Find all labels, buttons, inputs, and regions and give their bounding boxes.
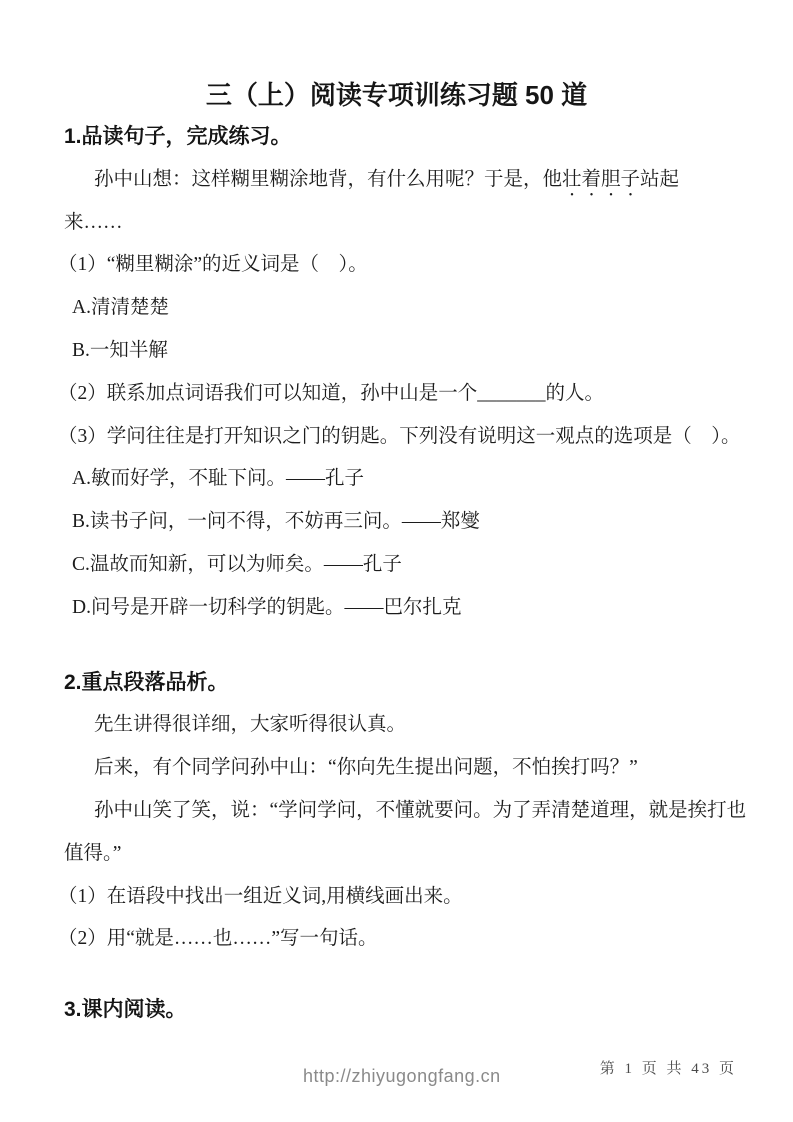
question-2-sub-2: （2）用“就是……也……”写一句话。 [58,918,763,961]
footer-url: http://zhiyugongfang.cn [303,1066,501,1087]
question-1-sub-3-option-a: A.敏而好学，不耻下问。——孔子 [64,458,763,501]
question-1-sub-3-option-c: C.温故而知新，可以为师矣。——孔子 [64,544,763,587]
passage-text-pre: 孙中山想：这样糊里糊涂地背，有什么用呢？于是，他 [94,169,562,190]
question-1-heading: 1.品读句子，完成练习。 [64,116,763,159]
question-2-paragraph-2: 后来，有个同学问孙中山：“你向先生提出问题，不怕挨打吗？” [64,747,763,790]
question-2-paragraph-3-line-1: 孙中山笑了笑，说：“学问学问，不懂就要问。为了弄清楚道理，就是挨打也 [64,790,763,833]
document-body: 1.品读句子，完成练习。 孙中山想：这样糊里糊涂地背，有什么用呢？于是，他壮着胆… [0,116,793,1032]
footer-page-number: 第 1 页 共 43 页 [600,1057,737,1078]
question-2-heading: 2.重点段落品析。 [64,662,763,705]
question-1-sub-1-option-a: A.清清楚楚 [64,287,763,330]
passage-text-post: 站起 [640,169,679,190]
question-1-passage-line-1: 孙中山想：这样糊里糊涂地背，有什么用呢？于是，他壮着胆子站起 [64,159,763,202]
question-3-heading: 3.课内阅读。 [64,989,763,1032]
passage-text-emphasized: 壮着胆子 [562,169,640,190]
page-title: 三（上）阅读专项训练习题 50 道 [0,0,793,116]
question-2-sub-1: （1）在语段中找出一组近义词,用横线画出来。 [58,876,763,919]
question-1-sub-2: （2）联系加点词语我们可以知道，孙中山是一个_______的人。 [58,373,763,416]
document-page: 三（上）阅读专项训练习题 50 道 1.品读句子，完成练习。 孙中山想：这样糊里… [0,0,793,1122]
question-1-passage-line-2: 来…… [64,202,763,245]
question-1-sub-1-option-b: B.一知半解 [64,330,763,373]
question-2-paragraph-1: 先生讲得很详细，大家听得很认真。 [64,704,763,747]
question-1-sub-1: （1）“糊里糊涂”的近义词是（ ）。 [58,244,763,287]
question-2-paragraph-3-line-2: 值得。” [64,833,763,876]
question-1-sub-3-option-b: B.读书子问，一问不得，不妨再三问。——郑燮 [64,501,763,544]
section-spacer [64,961,763,989]
section-spacer [64,630,763,662]
question-1-sub-3: （3）学问往往是打开知识之门的钥匙。下列没有说明这一观点的选项是（ ）。 [58,416,763,459]
question-1-sub-3-option-d: D.问号是开辟一切科学的钥匙。——巴尔扎克 [64,587,763,630]
